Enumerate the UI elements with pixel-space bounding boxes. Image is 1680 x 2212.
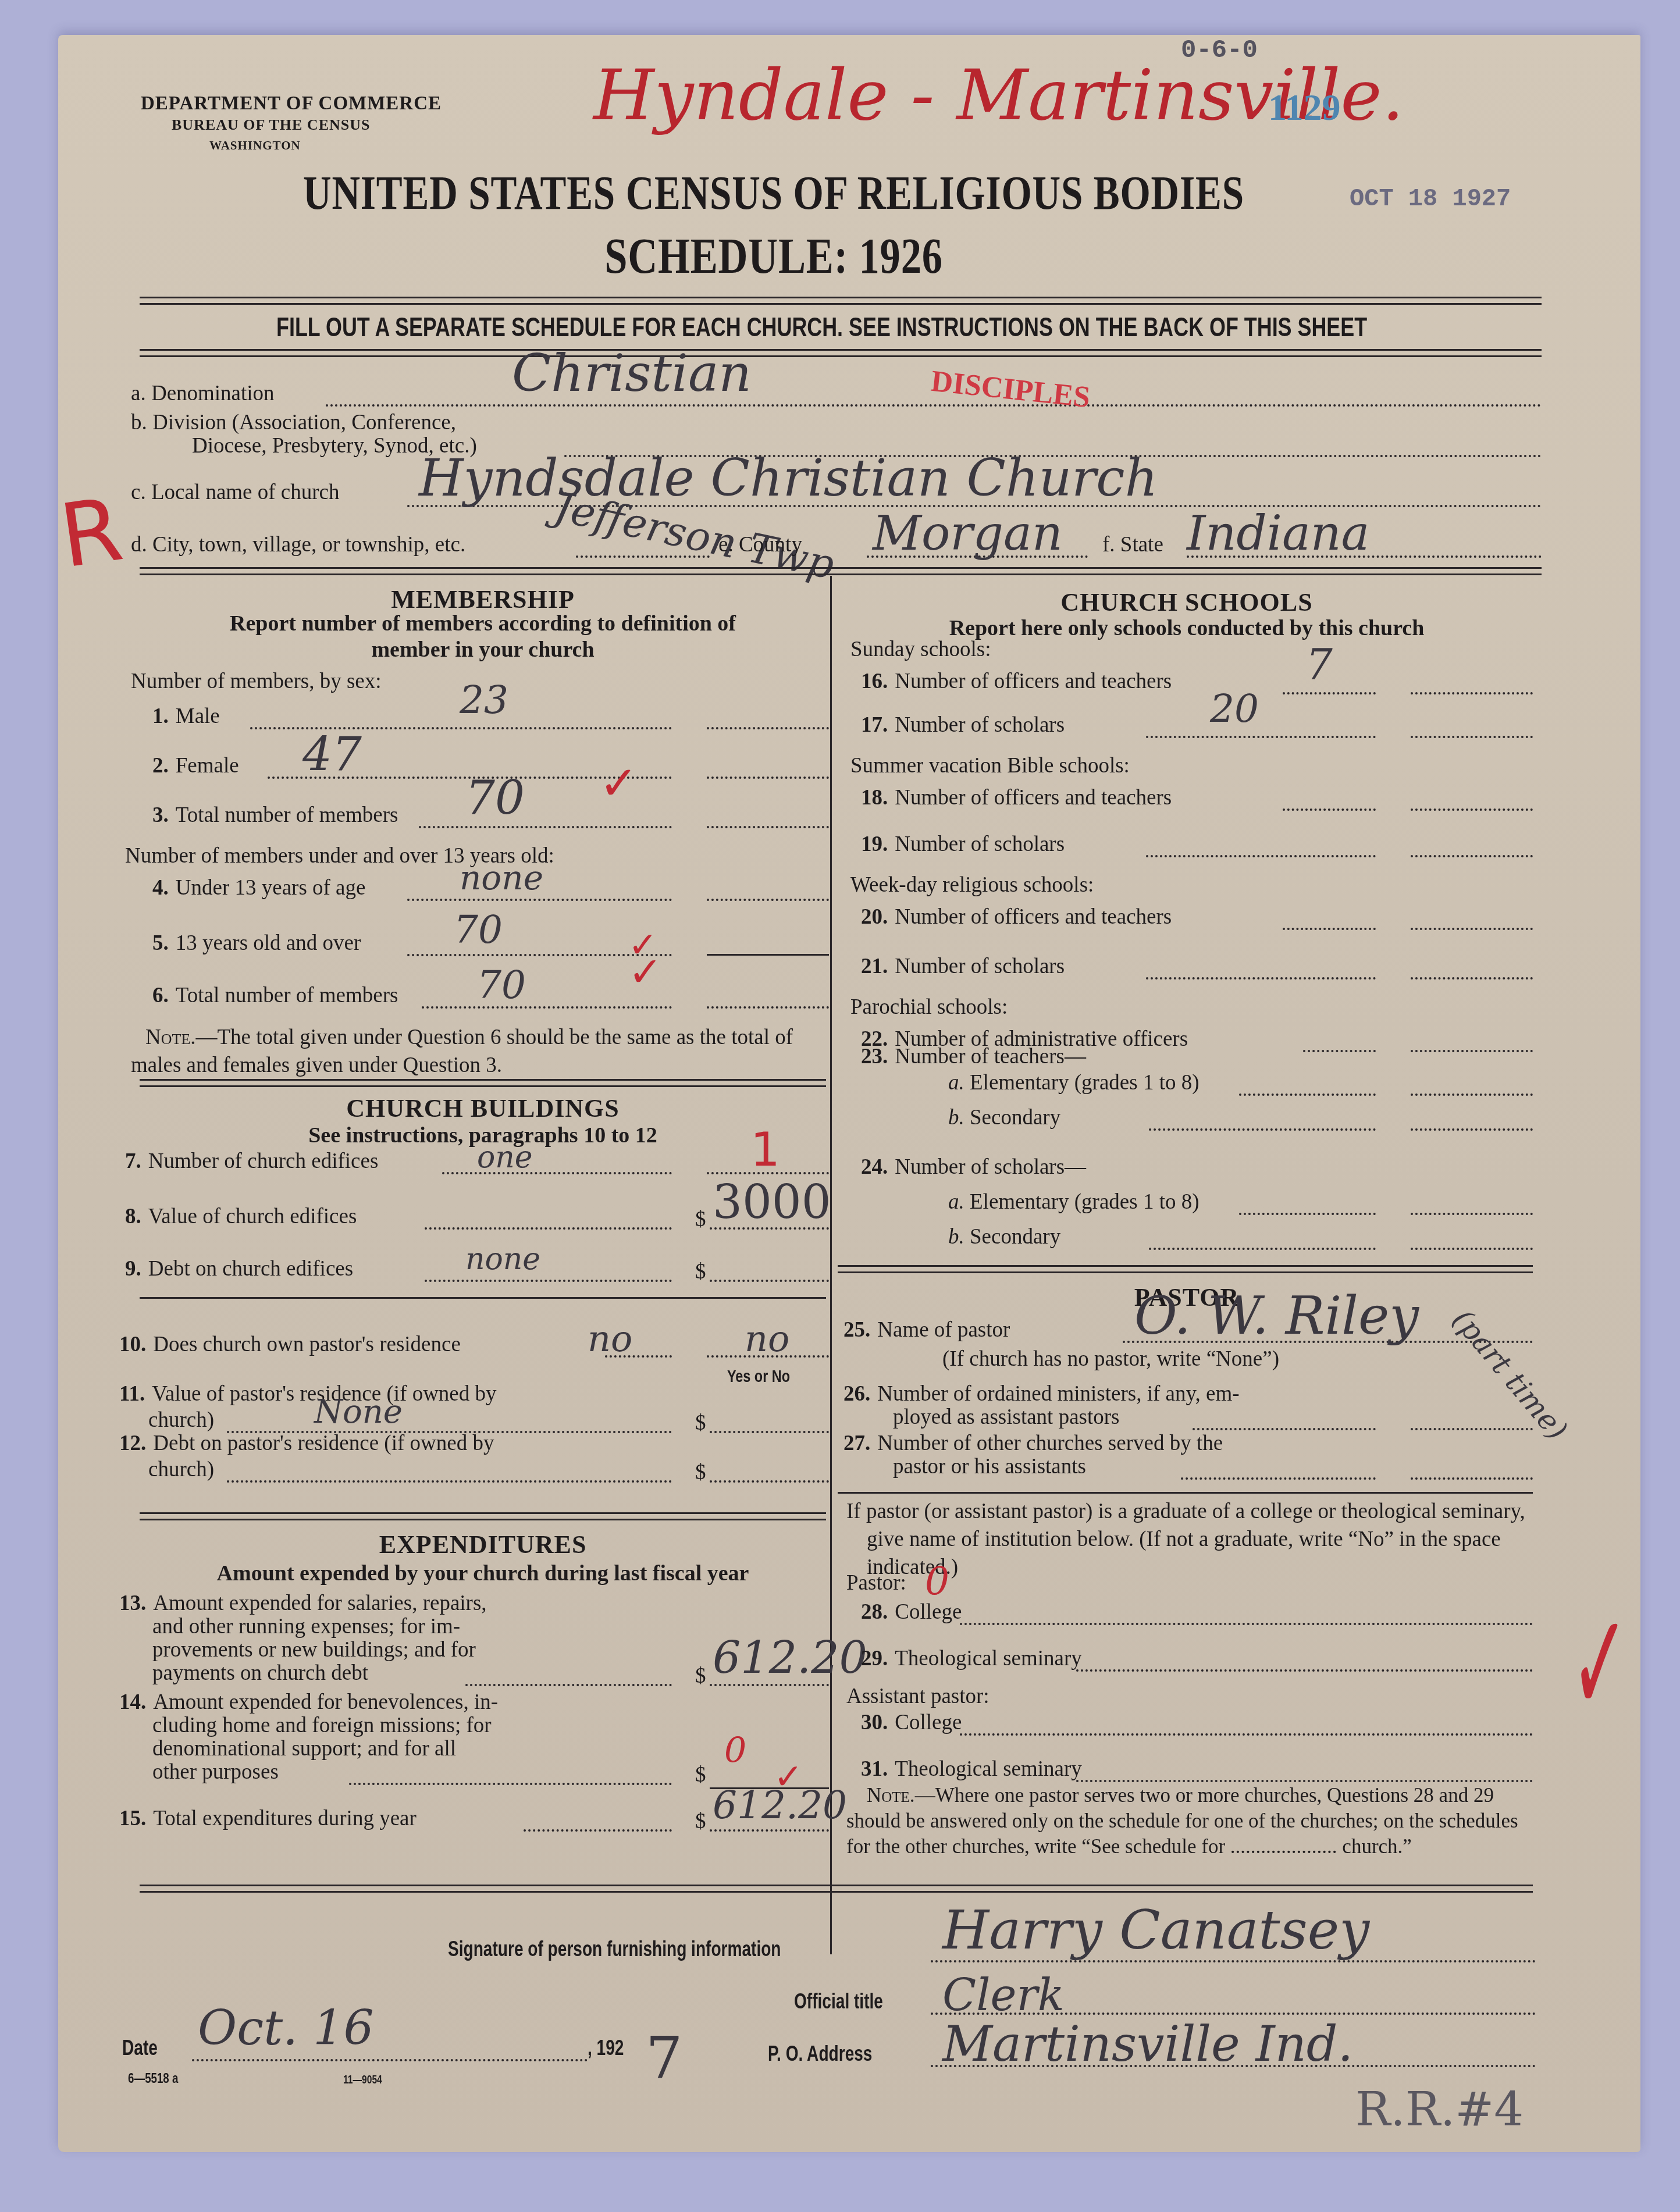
q10-coded-value: no xyxy=(745,1317,789,1360)
q23a-field-line[interactable] xyxy=(1239,1093,1376,1096)
q23b-code-line[interactable] xyxy=(1411,1128,1533,1131)
county-label: e. County xyxy=(718,532,802,557)
q24a-label: Elementary (grades 1 to 8) xyxy=(970,1190,1200,1214)
q19-code-line[interactable] xyxy=(1411,855,1533,857)
q5-label: 13 years old and over xyxy=(176,931,361,955)
instruction-bar: FILL OUT A SEPARATE SCHEDULE FOR EACH CH… xyxy=(276,311,1365,343)
received-date-stamp: OCT 18 1927 xyxy=(1350,185,1511,213)
q14-dollar-sign: $ xyxy=(695,1762,706,1787)
department-name: DEPARTMENT OF COMMERCE xyxy=(141,93,442,115)
q17-code-line[interactable] xyxy=(1411,736,1533,738)
code-stamp: 0-6-0 xyxy=(1181,36,1258,65)
q12-label-cont: church) xyxy=(148,1457,214,1482)
q26-field-line[interactable] xyxy=(1193,1428,1376,1430)
q24a-code-line[interactable] xyxy=(1411,1213,1533,1215)
q4-number: 4. xyxy=(152,876,169,900)
pastor-education-label: Pastor: xyxy=(846,1570,906,1595)
q20-code-line[interactable] xyxy=(1411,928,1533,930)
q12-field-line[interactable] xyxy=(227,1480,672,1483)
city-label: d. City, town, village, or township, etc… xyxy=(131,532,465,557)
q23b-letter: b. xyxy=(948,1106,964,1130)
q9-amount-line[interactable] xyxy=(710,1280,829,1282)
q10-residence-value[interactable]: no xyxy=(588,1317,632,1360)
division-label-line1: b. Division (Association, Conference, xyxy=(131,410,456,435)
q14-field-line xyxy=(349,1783,672,1785)
q3-check-mark-icon: ✓ xyxy=(599,756,638,810)
bureau-name: BUREAU OF THE CENSUS xyxy=(172,116,370,134)
q26-number: 26. xyxy=(843,1382,870,1406)
pastor-education-mark: 0 xyxy=(925,1559,949,1604)
q23b-field-line[interactable] xyxy=(1149,1128,1376,1131)
q31-field-line[interactable] xyxy=(1076,1780,1533,1782)
q26-label-cont: ployed as assistant pastors xyxy=(893,1405,1119,1430)
q9-number: 9. xyxy=(125,1257,141,1281)
q6-label: Total number of members xyxy=(176,984,398,1007)
q25-hint: (If church has no pastor, write “None”) xyxy=(942,1347,1279,1372)
q17-label: Number of scholars xyxy=(895,713,1065,737)
q15-number: 15. xyxy=(119,1807,146,1830)
q13-label-cont: and other running expenses; for im- xyxy=(152,1614,460,1639)
q24b-field-line[interactable] xyxy=(1149,1248,1376,1250)
expenditures-title: EXPENDITURES xyxy=(140,1530,826,1559)
q20-label: Number of officers and teachers xyxy=(895,905,1172,929)
q27-code-line[interactable] xyxy=(1411,1477,1533,1480)
expenditures-subtitle: Amount expended by your church during la… xyxy=(140,1561,826,1586)
bureau-city: WASHINGTON xyxy=(209,138,301,153)
q13-label: Amount expended for salaries, repairs, xyxy=(153,1591,486,1615)
signature-label: Signature of person furnishing informati… xyxy=(448,1937,781,1961)
divider xyxy=(140,1885,1533,1893)
schools-title: CHURCH SCHOOLS xyxy=(832,587,1542,617)
summer-schools-label: Summer vacation Bible schools: xyxy=(850,753,1130,778)
q8-number: 8. xyxy=(125,1205,141,1228)
state-value[interactable]: Indiana xyxy=(1187,506,1370,561)
q9-label: Debt on church edifices xyxy=(148,1257,353,1281)
denomination-value[interactable]: Christian xyxy=(512,343,752,403)
q1-label: Male xyxy=(176,704,220,728)
q14-label-cont: cluding home and foreign missions; for xyxy=(152,1713,492,1738)
date-label: Date xyxy=(122,2036,158,2060)
q14-amount-value[interactable]: 0 xyxy=(724,1730,746,1771)
q7-edifices-value[interactable]: one xyxy=(477,1140,533,1175)
rural-route-note: R.R.#4 xyxy=(1355,2082,1524,2136)
year-value[interactable]: 7 xyxy=(646,2024,683,2092)
q29-number: 29. xyxy=(861,1647,888,1670)
q5-code-line[interactable] xyxy=(707,954,829,956)
q24-number: 24. xyxy=(861,1155,888,1179)
q16-label: Number of officers and teachers xyxy=(895,669,1172,693)
local-church-name-value[interactable]: Hyndsdale Christian Church xyxy=(419,448,1158,508)
q17-value[interactable]: 20 xyxy=(1210,686,1259,731)
q27-label-cont: pastor or his assistants xyxy=(893,1454,1086,1479)
q2-female-value[interactable]: 47 xyxy=(302,727,362,781)
q11-number: 11. xyxy=(119,1382,145,1406)
official-title-label: Official title xyxy=(794,1989,883,2014)
q2-number: 2. xyxy=(152,754,169,778)
county-value[interactable]: Morgan xyxy=(873,506,1063,561)
q8-dollar-sign: $ xyxy=(695,1207,706,1232)
q11-amount-line[interactable] xyxy=(710,1431,829,1433)
q23a-code-line[interactable] xyxy=(1411,1093,1533,1096)
year-prefix: , 192 xyxy=(588,2036,624,2060)
q1-number: 1. xyxy=(152,704,169,728)
q5-over13-value[interactable]: 70 xyxy=(454,907,503,952)
q26-label: Number of ordained ministers, if any, em… xyxy=(877,1382,1239,1406)
divider xyxy=(140,297,1542,305)
q21-code-line[interactable] xyxy=(1411,977,1533,979)
official-title-value[interactable]: Clerk xyxy=(942,1969,1065,2021)
q19-field-line[interactable] xyxy=(1146,855,1376,857)
q24a-field-line[interactable] xyxy=(1239,1213,1376,1215)
q17-number: 17. xyxy=(861,713,888,737)
q26-code-line[interactable] xyxy=(1411,1428,1533,1430)
divider xyxy=(140,567,1542,575)
q15-dollar-sign: $ xyxy=(695,1809,706,1834)
q12-number: 12. xyxy=(119,1431,146,1455)
q15-field-line xyxy=(524,1829,672,1832)
q24b-code-line[interactable] xyxy=(1411,1248,1533,1250)
q4-field-line[interactable] xyxy=(407,899,672,901)
q18-number: 18. xyxy=(861,786,888,810)
q11-dollar-sign: $ xyxy=(695,1410,706,1436)
file-number-stamp: 1129 xyxy=(1268,86,1340,129)
q13-amount-line[interactable] xyxy=(710,1684,829,1686)
q12-label: Debt on pastor's residence (if owned by xyxy=(153,1431,494,1455)
schedule-year: SCHEDULE: 1926 xyxy=(297,227,1251,285)
q24b-label: Secondary xyxy=(970,1225,1060,1249)
q24-label: Number of scholars— xyxy=(895,1155,1086,1179)
local-church-name-label: c. Local name of church xyxy=(131,480,340,505)
q30-field-line[interactable] xyxy=(960,1733,1533,1736)
q15-amount-line[interactable] xyxy=(710,1829,829,1832)
q16-code-line[interactable] xyxy=(1411,692,1533,694)
q3-total-value[interactable]: 70 xyxy=(465,771,525,825)
q25-number: 25. xyxy=(843,1318,870,1342)
q14-label-cont: other purposes xyxy=(152,1759,279,1784)
q4-under13-value[interactable]: none xyxy=(460,858,543,897)
print-code: 11—9054 xyxy=(343,2074,382,2087)
q27-number: 27. xyxy=(843,1431,870,1455)
q27-label: Number of other churches served by the xyxy=(877,1431,1223,1455)
q16-value[interactable]: 7 xyxy=(1306,640,1333,689)
q19-label: Number of scholars xyxy=(895,832,1065,856)
q31-number: 31. xyxy=(861,1757,888,1781)
q31-label: Theological seminary xyxy=(895,1757,1082,1781)
divider xyxy=(140,349,1542,357)
q22-field-line[interactable] xyxy=(1303,1050,1376,1052)
q16-field-line[interactable] xyxy=(1283,692,1376,694)
membership-subtitle-2: member in your church xyxy=(140,637,826,662)
q3-field-line[interactable] xyxy=(419,826,672,828)
divider xyxy=(838,1265,1533,1273)
buildings-title: CHURCH BUILDINGS xyxy=(140,1093,826,1123)
form-title: UNITED STATES CENSUS OF RELIGIOUS BODIES xyxy=(297,166,1251,220)
weekday-schools-label: Week-day religious schools: xyxy=(850,872,1094,897)
date-value[interactable]: Oct. 16 xyxy=(198,2001,374,2056)
q24a-letter: a. xyxy=(948,1190,964,1214)
date-field-line[interactable] xyxy=(192,2059,588,2061)
q23-label: Number of teachers— xyxy=(895,1045,1086,1068)
q6-number: 6. xyxy=(152,984,169,1007)
q6-code-line[interactable] xyxy=(707,1006,829,1009)
q3-code-line[interactable] xyxy=(707,826,829,828)
q11-residence-value[interactable]: None xyxy=(314,1393,403,1431)
q29-field-line[interactable] xyxy=(1076,1669,1533,1672)
q6-field-line[interactable] xyxy=(422,1006,672,1009)
q10-label: Does church own pastor's residence xyxy=(153,1333,461,1356)
divider xyxy=(838,1492,1533,1494)
q30-label: College xyxy=(895,1711,962,1734)
q20-field-line[interactable] xyxy=(1283,928,1376,930)
state-label: f. State xyxy=(1102,532,1163,557)
q9-debt-value[interactable]: none xyxy=(465,1242,540,1277)
q1-male-value[interactable]: 23 xyxy=(460,678,508,722)
q27-field-line[interactable] xyxy=(1181,1477,1376,1480)
q15-label: Total expenditures during year xyxy=(153,1807,417,1830)
q14-number: 14. xyxy=(119,1690,146,1714)
q23b-label: Secondary xyxy=(970,1106,1060,1130)
q8-field-line xyxy=(425,1227,672,1230)
membership-note: Note.—The total given under Question 6 s… xyxy=(131,1024,823,1080)
assistant-pastor-label: Assistant pastor: xyxy=(846,1684,990,1709)
denomination-label: a. Denomination xyxy=(131,381,275,406)
q30-number: 30. xyxy=(861,1711,888,1734)
q23a-letter: a. xyxy=(948,1071,964,1095)
po-address-value[interactable]: Martinsville Ind. xyxy=(942,2015,1353,2072)
q10-yes-no-hint: Yes or No xyxy=(727,1367,790,1387)
q21-field-line[interactable] xyxy=(1146,977,1376,979)
q19-number: 19. xyxy=(861,832,888,856)
divider xyxy=(140,1297,826,1299)
q13-field-line xyxy=(465,1684,672,1686)
q13-label-cont: payments on church debt xyxy=(152,1661,368,1686)
membership-title: MEMBERSHIP xyxy=(140,585,826,614)
q8-value-amount[interactable]: 3000 xyxy=(713,1175,831,1229)
q18-field-line[interactable] xyxy=(1283,808,1376,811)
sunday-schools-label: Sunday schools: xyxy=(850,637,991,662)
q25-pastor-name[interactable]: O. W. Riley xyxy=(1134,1285,1419,1347)
q14-label: Amount expended for benevolences, in- xyxy=(153,1690,498,1714)
form-code: 6—5518 a xyxy=(128,2071,178,2087)
q7-coded-value: 1 xyxy=(750,1123,780,1177)
q13-dollar-sign: $ xyxy=(695,1664,706,1689)
q10-number: 10. xyxy=(119,1333,146,1356)
pastor-note: Note.—Where one pastor serves two or mor… xyxy=(846,1783,1533,1860)
q2-code-line[interactable] xyxy=(707,776,829,779)
q12-dollar-sign: $ xyxy=(695,1460,706,1485)
q5-number: 5. xyxy=(152,931,169,955)
q18-code-line[interactable] xyxy=(1411,808,1533,811)
q13-label-cont: provements or new buildings; and for xyxy=(152,1637,476,1662)
q4-label: Under 13 years of age xyxy=(176,876,366,900)
q9-field-line[interactable] xyxy=(425,1280,672,1282)
divider xyxy=(140,1079,826,1087)
q21-number: 21. xyxy=(861,954,888,978)
q7-number: 7. xyxy=(125,1149,141,1173)
signature-value[interactable]: Harry Canatsey xyxy=(942,1899,1369,1961)
q22-code-line[interactable] xyxy=(1411,1050,1533,1052)
review-check-mark-icon: ✓ xyxy=(1571,1582,1629,1745)
q16-number: 16. xyxy=(861,669,888,693)
divider xyxy=(140,1512,826,1520)
q13-amount-value[interactable]: 612.20 xyxy=(713,1632,867,1683)
q7-label: Number of church edifices xyxy=(148,1149,379,1173)
parochial-schools-label: Parochial schools: xyxy=(850,995,1008,1020)
q17-field-line[interactable] xyxy=(1146,736,1376,738)
q8-label: Value of church edifices xyxy=(148,1205,357,1228)
members-by-sex-label: Number of members, by sex: xyxy=(131,669,382,694)
q18-label: Number of officers and teachers xyxy=(895,786,1172,810)
q24b-letter: b. xyxy=(948,1225,964,1249)
po-address-label: P. O. Address xyxy=(768,2042,872,2066)
q21-label: Number of scholars xyxy=(895,954,1065,978)
denomination-field-line[interactable] xyxy=(326,404,1542,407)
q2-label: Female xyxy=(176,754,239,778)
q3-number: 3. xyxy=(152,803,169,827)
q4-code-line[interactable] xyxy=(707,899,829,901)
q9-dollar-sign: $ xyxy=(695,1259,706,1284)
q23a-label: Elementary (grades 1 to 8) xyxy=(970,1071,1200,1095)
membership-subtitle-1: Report number of members according to de… xyxy=(140,611,826,636)
q11-label-cont: church) xyxy=(148,1408,214,1433)
q13-number: 13. xyxy=(119,1591,146,1615)
q1-code-line[interactable] xyxy=(707,727,829,729)
q20-number: 20. xyxy=(861,905,888,929)
q15-check-mark-icon: ✓ xyxy=(774,1757,803,1797)
q6-total-value[interactable]: 70 xyxy=(477,963,526,1007)
q25-label: Name of pastor xyxy=(877,1318,1010,1342)
q29-label: Theological seminary xyxy=(895,1647,1082,1670)
q28-label: College xyxy=(895,1600,962,1624)
q23-number: 23. xyxy=(861,1045,888,1068)
q14-label-cont: denominational support; and for all xyxy=(152,1736,456,1761)
q12-amount-line[interactable] xyxy=(710,1480,829,1483)
q28-number: 28. xyxy=(861,1600,888,1624)
education-intro: If pastor (or assistant pastor) is a gra… xyxy=(846,1498,1553,1581)
q6-check-mark-icon: ✓ xyxy=(628,948,663,996)
q28-field-line[interactable] xyxy=(960,1623,1533,1625)
column-divider xyxy=(830,576,832,1954)
q3-label: Total number of members xyxy=(176,803,398,827)
